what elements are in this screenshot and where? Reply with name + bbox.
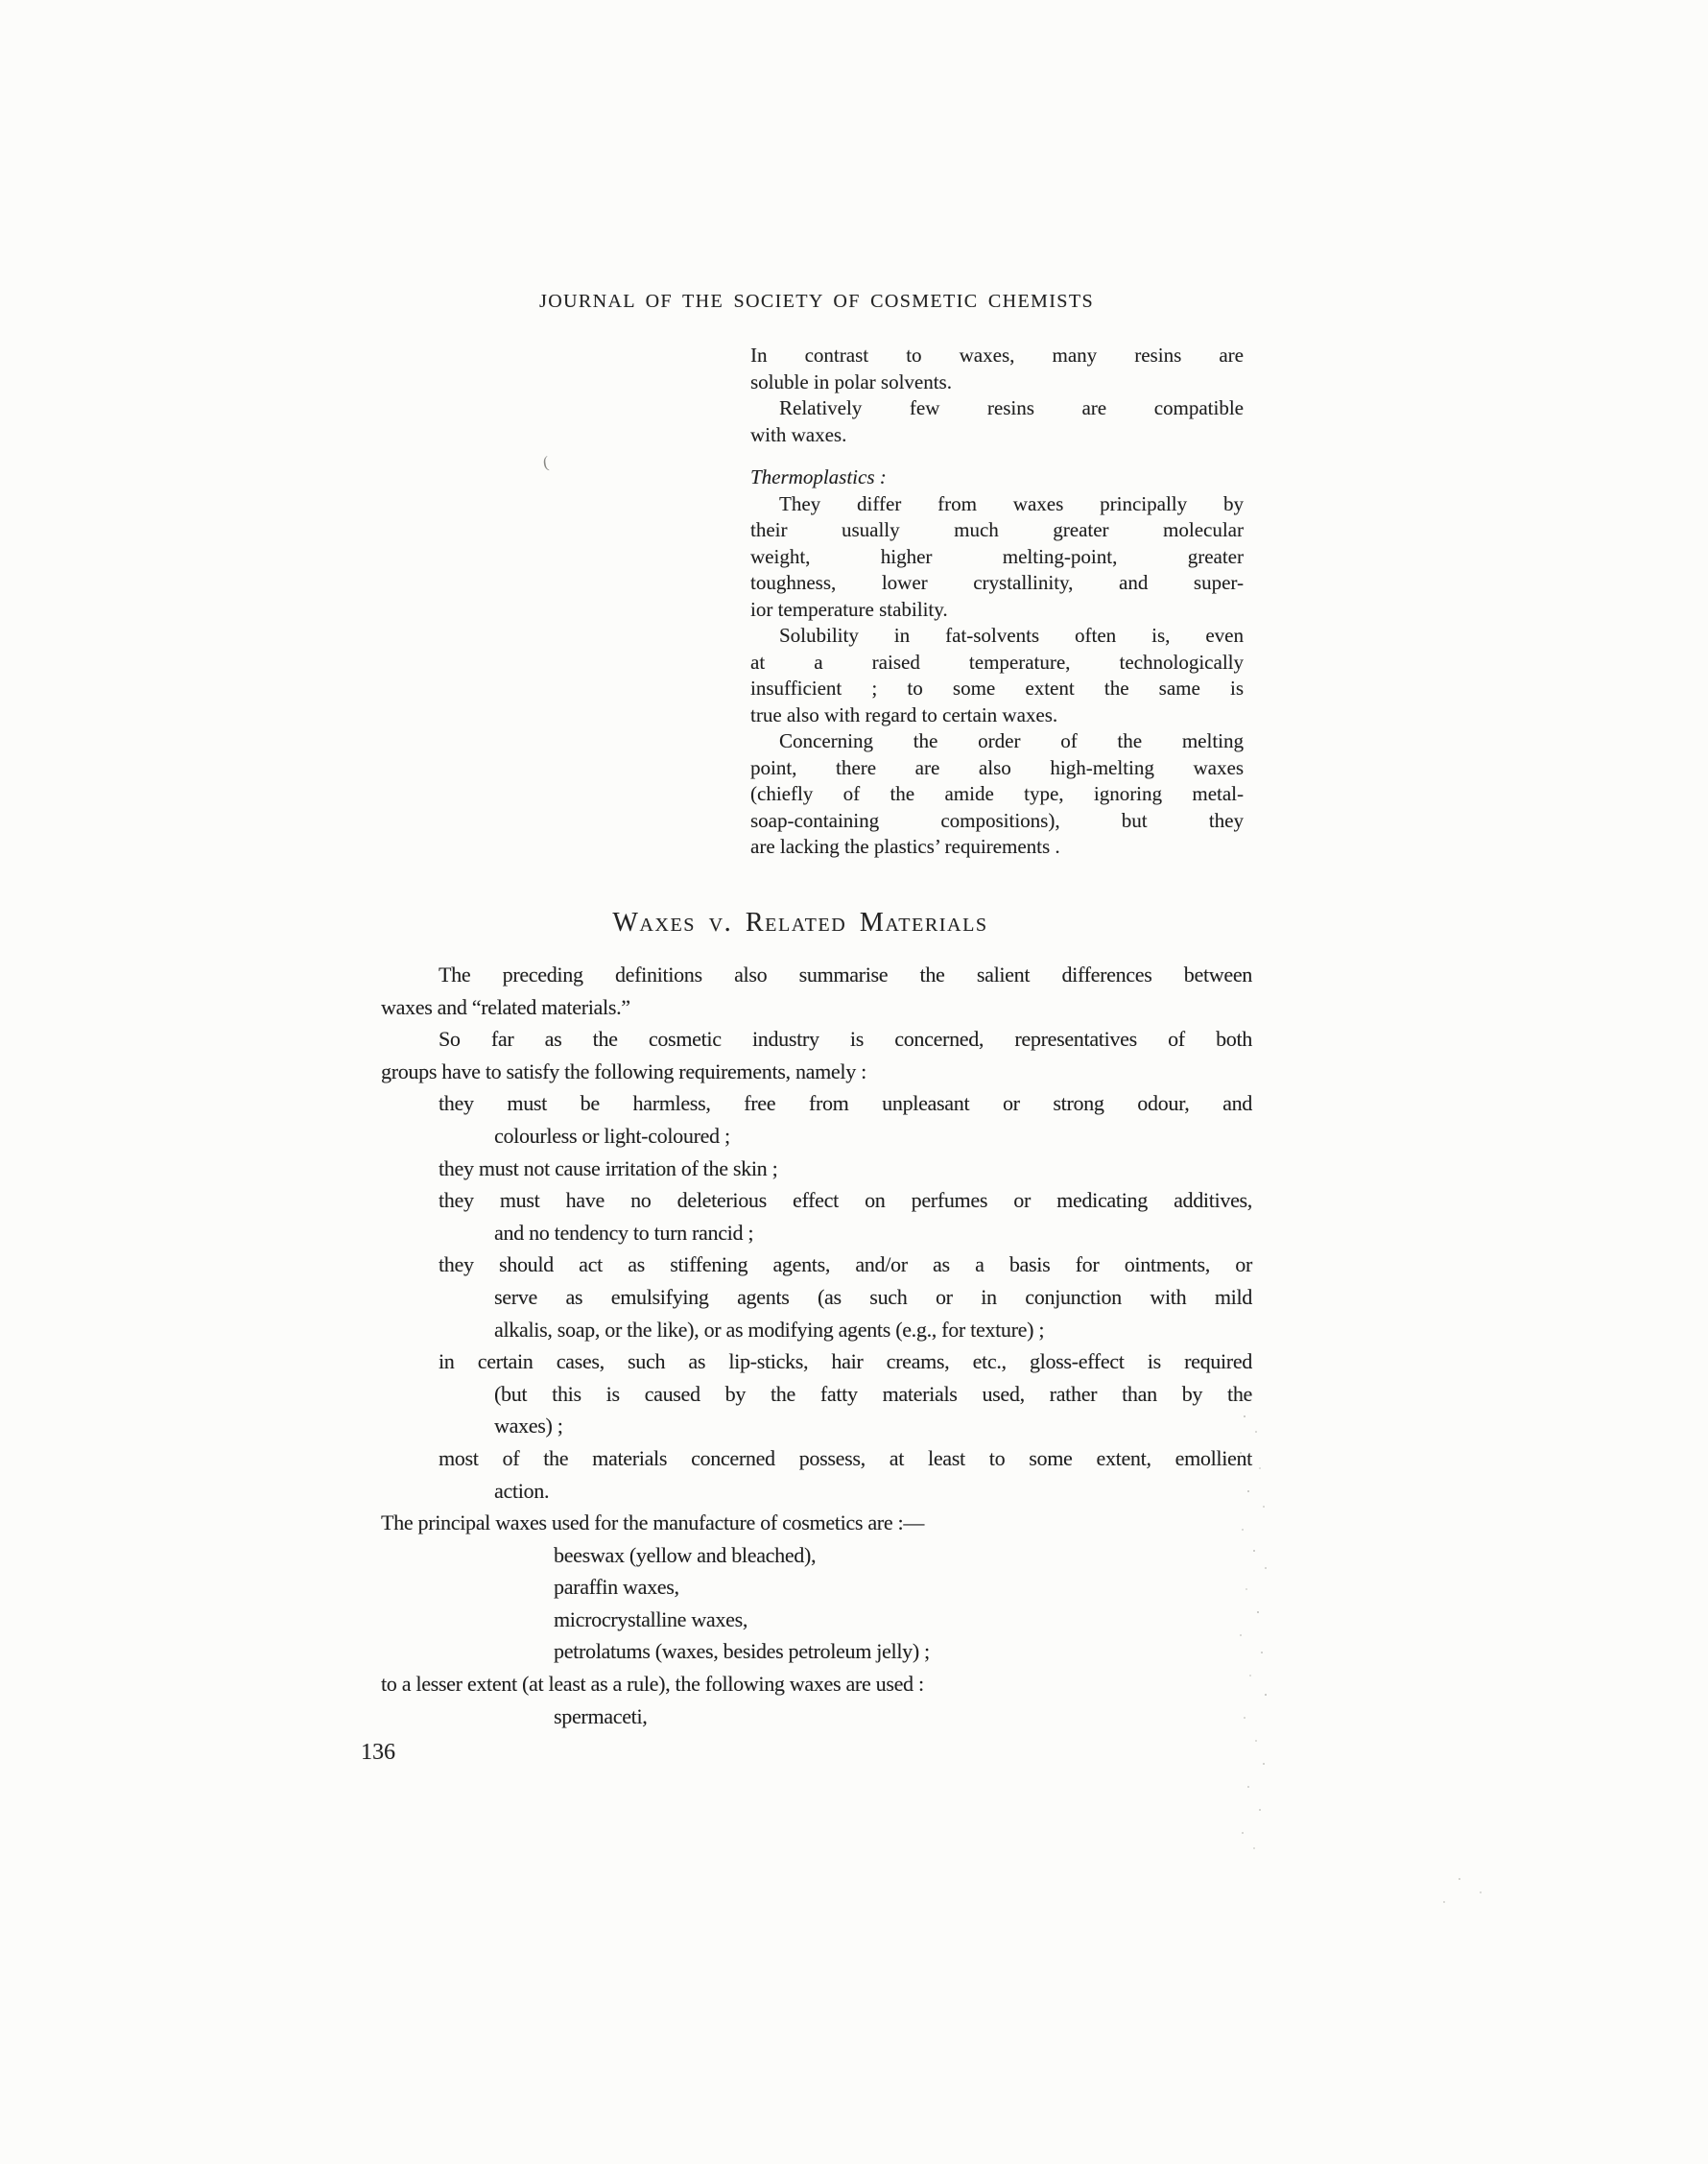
text-line: (but this is caused by the fatty materia… xyxy=(381,1378,1252,1411)
text-line: They differ from waxes principally by xyxy=(750,491,1244,518)
journal-running-header: JOURNAL OF THE SOCIETY OF COSMETIC CHEMI… xyxy=(381,291,1252,313)
text-line: waxes and “related materials.” xyxy=(381,991,1252,1024)
page-number: 136 xyxy=(361,1740,395,1766)
text-line: in certain cases, such as lip-sticks, ha… xyxy=(381,1345,1252,1378)
text-line: beeswax (yellow and bleached), xyxy=(381,1539,1252,1572)
text-line: serve as emulsifying agents (as such or … xyxy=(381,1281,1252,1314)
text-line: insufficient ; to some extent the same i… xyxy=(750,676,1244,702)
text-line: they must be harmless, free from unpleas… xyxy=(381,1087,1252,1120)
text-line: are lacking the plastics’ requirements . xyxy=(750,834,1244,861)
text-line: to a lesser extent (at least as a rule),… xyxy=(381,1668,1252,1700)
text-line: In contrast to waxes, many resins are xyxy=(750,343,1244,369)
text-line: So far as the cosmetic industry is conce… xyxy=(381,1023,1252,1056)
text-line: waxes) ; xyxy=(381,1410,1252,1442)
text-line: toughness, lower crystallinity, and supe… xyxy=(750,570,1244,597)
text-line: groups have to satisfy the following req… xyxy=(381,1056,1252,1088)
text-line: microcrystalline waxes, xyxy=(381,1604,1252,1636)
text-line: with waxes. xyxy=(750,422,1244,449)
section-heading: Waxes v. Related Materials xyxy=(365,908,1236,939)
text-line: they must have no deleterious effect on … xyxy=(381,1184,1252,1217)
text-line: ior temperature stability. xyxy=(750,597,1244,624)
text-line: soluble in polar solvents. xyxy=(750,369,1244,396)
scan-artifact-mark: ( xyxy=(542,453,550,473)
text-line: point, there are also high-melting waxes xyxy=(750,755,1244,782)
text-line: and no tendency to turn rancid ; xyxy=(381,1217,1252,1249)
text-line: soap-containing compositions), but they xyxy=(750,808,1244,835)
text-line: most of the materials concerned possess,… xyxy=(381,1442,1252,1475)
text-line: at a raised temperature, technologically xyxy=(750,650,1244,677)
text-line: Relatively few resins are compatible xyxy=(750,395,1244,422)
document-page: JOURNAL OF THE SOCIETY OF COSMETIC CHEMI… xyxy=(0,0,1708,2164)
text-line: they must not cause irritation of the sk… xyxy=(381,1153,1252,1185)
text-line: spermaceti, xyxy=(381,1700,1252,1733)
text-line: The principal waxes used for the manufac… xyxy=(381,1507,1252,1539)
text-line: action. xyxy=(381,1475,1252,1508)
text-line: Solubility in fat-solvents often is, eve… xyxy=(750,623,1244,650)
text-line: paraffin waxes, xyxy=(381,1571,1252,1604)
text-line: true also with regard to certain waxes. xyxy=(750,702,1244,729)
text-line: The preceding definitions also summarise… xyxy=(381,959,1252,991)
right-text-column: In contrast to waxes, many resins aresol… xyxy=(750,343,1244,861)
text-line: they should act as stiffening agents, an… xyxy=(381,1248,1252,1281)
scan-speckles xyxy=(1238,1406,1240,1408)
text-line: colourless or light-coloured ; xyxy=(381,1120,1252,1153)
text-line: their usually much greater molecular xyxy=(750,517,1244,544)
text-line: weight, higher melting-point, greater xyxy=(750,544,1244,571)
text-line: alkalis, soap, or the like), or as modif… xyxy=(381,1314,1252,1346)
text-line: Thermoplastics : xyxy=(750,464,1244,491)
main-text-block: The preceding definitions also summarise… xyxy=(381,959,1252,1732)
text-line: (chiefly of the amide type, ignoring met… xyxy=(750,781,1244,808)
text-line: petrolatums (waxes, besides petroleum je… xyxy=(381,1635,1252,1668)
text-line: Concerning the order of the melting xyxy=(750,728,1244,755)
